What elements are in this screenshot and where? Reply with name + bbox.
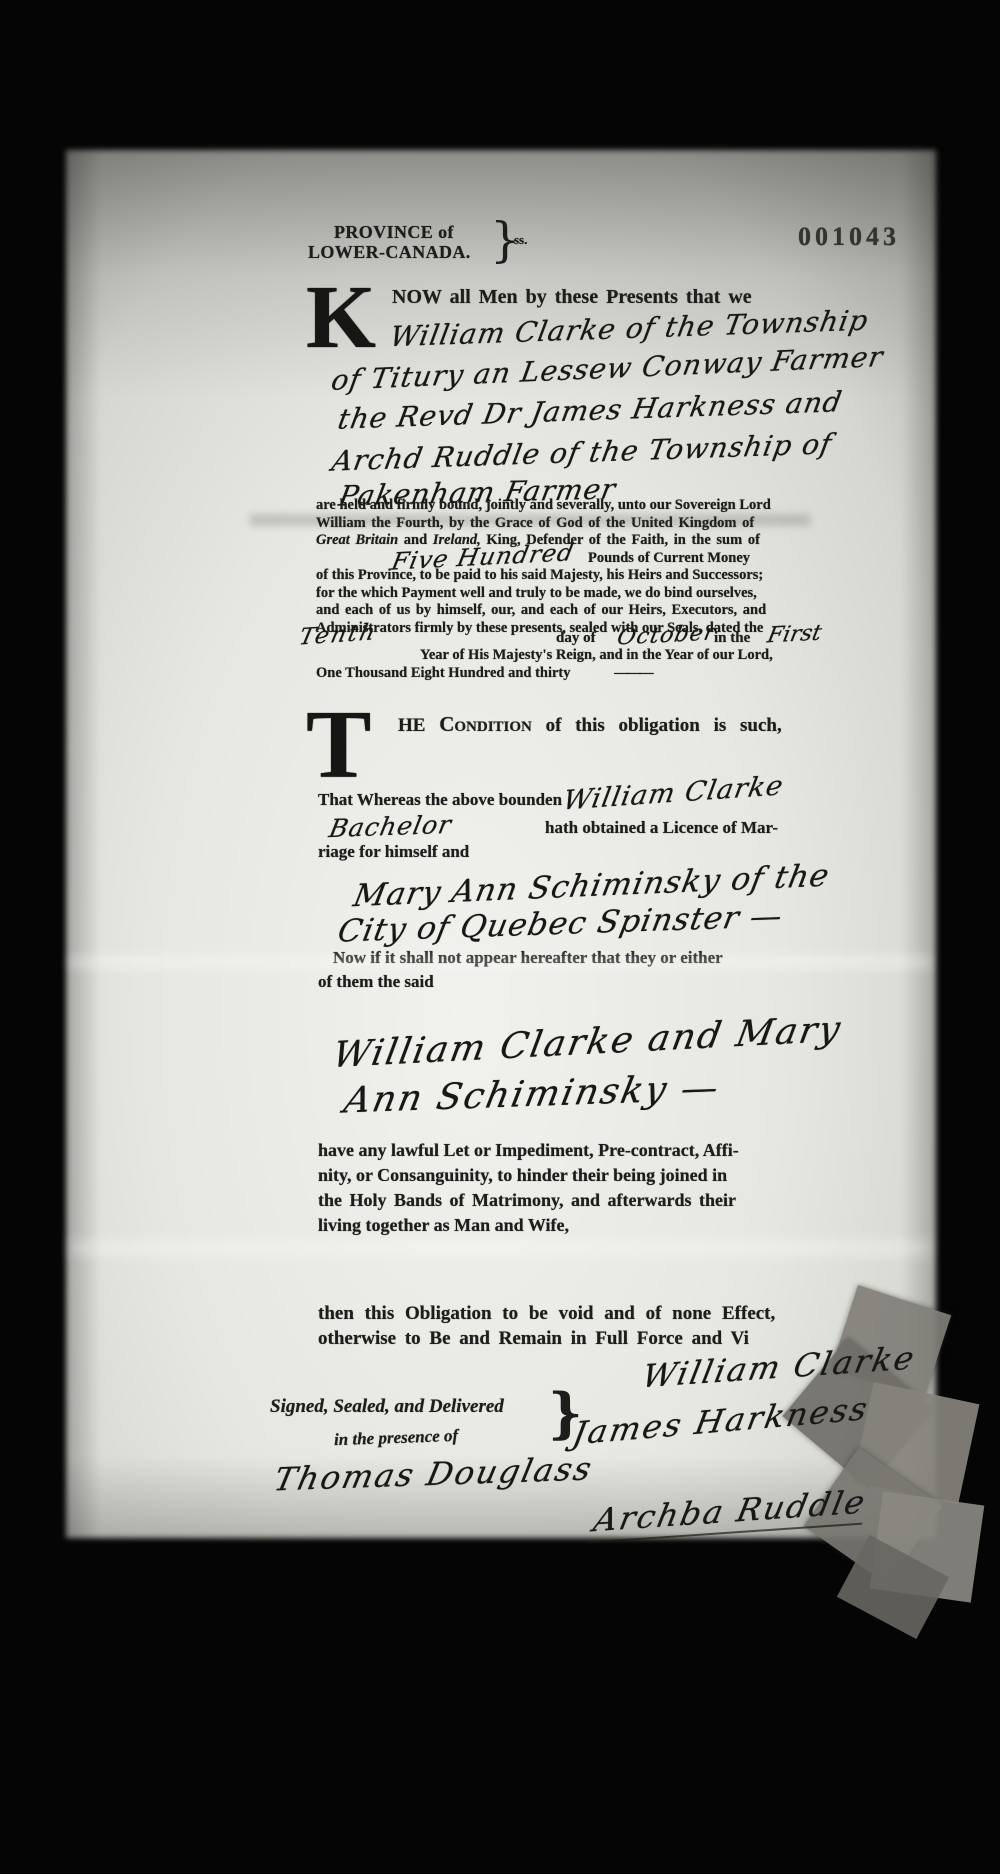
condition-he: HE — [398, 715, 425, 736]
bond-line10-dash: ——— — [614, 665, 652, 681]
day-of-label: day of — [556, 630, 596, 647]
scanned-document-photo: PROVINCE of LOWER-CANADA. } ss. 001043 K… — [0, 0, 1000, 1874]
regnal-year-handwritten: First — [765, 621, 823, 649]
whereas-line: That Whereas the above bounden — [318, 790, 562, 810]
bond-line1: are held and firmly bound, jointly and s… — [316, 497, 771, 514]
opening-line: NOW all Men by these Presents that we — [392, 286, 752, 309]
impediment-line4: living together as Man and Wife, — [318, 1215, 569, 1236]
bond-line10-text: One Thousand Eight Hundred and thirty — [316, 665, 571, 681]
bond-line2: William the Fourth, by the Grace of God … — [316, 515, 754, 532]
now-line2: of them the said — [318, 972, 434, 992]
stamp-number: 001043 — [798, 222, 900, 252]
licence-line1: hath obtained a Licence of Mar- — [545, 818, 778, 838]
dropcap-k: K — [306, 282, 376, 354]
bond-line10: One Thousand Eight Hundred and thirty ——… — [316, 665, 652, 682]
bond-line7: and each of us by himself, our, and each… — [316, 602, 766, 619]
attestation-line1: Signed, Sealed, and Delivered — [270, 1396, 504, 1418]
bond-line3-great-britain: Great Britain — [316, 532, 398, 548]
impediment-line2: nity, or Consanguinity, to hinder their … — [318, 1165, 727, 1186]
bond-line5: of this Province, to be paid to his said… — [316, 567, 763, 584]
province-header-line2: LOWER-CANADA. — [308, 242, 471, 263]
dropcap-t: T — [306, 706, 371, 784]
ss-abbreviation: ss. — [514, 232, 527, 248]
condition-rest: of this obligation is such, — [546, 715, 782, 736]
now-line1: Now if it shall not appear hereafter tha… — [333, 948, 723, 968]
bond-line9: Year of His Majesty's Reign, and in the … — [420, 647, 773, 664]
impediment-line3: the Holy Bands of Matrimony, and afterwa… — [318, 1190, 736, 1211]
condition-heading: HE Condition of this obligation is such, — [398, 712, 782, 737]
bond-line6: for the which Payment well and truly to … — [316, 585, 757, 602]
void-line1: then this Obligation to be void and of n… — [318, 1303, 775, 1325]
condition-word: Condition — [439, 712, 532, 736]
impediment-line1: have any lawful Let or Impediment, Pre-c… — [318, 1140, 739, 1161]
licence-line2: riage for himself and — [318, 842, 469, 862]
void-line2: otherwise to Be and Remain in Full Force… — [318, 1328, 749, 1350]
in-the-label: in the — [714, 630, 750, 647]
bond-line4-pounds: Pounds of Current Money — [588, 550, 750, 567]
groom-status-handwritten: Bachelor — [327, 810, 455, 843]
province-header-line1: PROVINCE of — [334, 222, 454, 243]
